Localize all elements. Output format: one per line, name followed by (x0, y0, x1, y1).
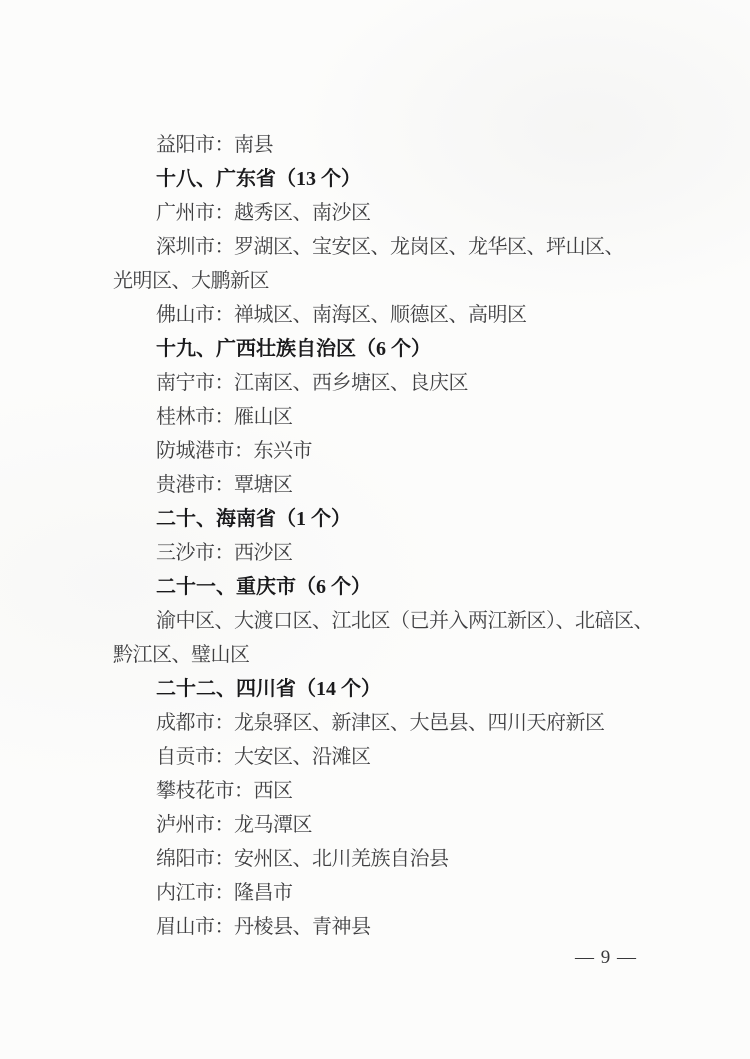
text-line: 南宁市：江南区、西乡塘区、良庆区 (113, 366, 673, 400)
document-body: 益阳市：南县 十八、广东省（13 个） 广州市：越秀区、南沙区 深圳市：罗湖区、… (113, 128, 673, 944)
text-line: 眉山市：丹棱县、青神县 (113, 910, 673, 944)
section-heading: 二十二、四川省（14 个） (113, 672, 673, 706)
text-line: 渝中区、大渡口区、江北区（已并入两江新区）、北碚区、 (113, 604, 673, 638)
text-line: 光明区、大鹏新区 (113, 264, 673, 298)
text-line: 广州市：越秀区、南沙区 (113, 196, 673, 230)
text-line: 内江市：隆昌市 (113, 876, 673, 910)
text-line: 贵港市：覃塘区 (113, 468, 673, 502)
section-heading: 二十、海南省（1 个） (113, 502, 673, 536)
text-line: 桂林市：雁山区 (113, 400, 673, 434)
text-line: 成都市：龙泉驿区、新津区、大邑县、四川天府新区 (113, 706, 673, 740)
text-line: 泸州市：龙马潭区 (113, 808, 673, 842)
section-heading: 十八、广东省（13 个） (113, 162, 673, 196)
document-page: 益阳市：南县 十八、广东省（13 个） 广州市：越秀区、南沙区 深圳市：罗湖区、… (0, 0, 750, 1059)
text-line: 攀枝花市：西区 (113, 774, 673, 808)
text-line: 黔江区、璧山区 (113, 638, 673, 672)
text-line: 三沙市：西沙区 (113, 536, 673, 570)
section-heading: 二十一、重庆市（6 个） (113, 570, 673, 604)
section-heading: 十九、广西壮族自治区（6 个） (113, 332, 673, 366)
page-number: — 9 — (575, 946, 637, 970)
text-line: 自贡市：大安区、沿滩区 (113, 740, 673, 774)
text-line: 防城港市：东兴市 (113, 434, 673, 468)
text-line: 深圳市：罗湖区、宝安区、龙岗区、龙华区、坪山区、 (113, 230, 673, 264)
text-line: 佛山市：禅城区、南海区、顺德区、高明区 (113, 298, 673, 332)
text-line: 绵阳市：安州区、北川羌族自治县 (113, 842, 673, 876)
text-line: 益阳市：南县 (113, 128, 673, 162)
